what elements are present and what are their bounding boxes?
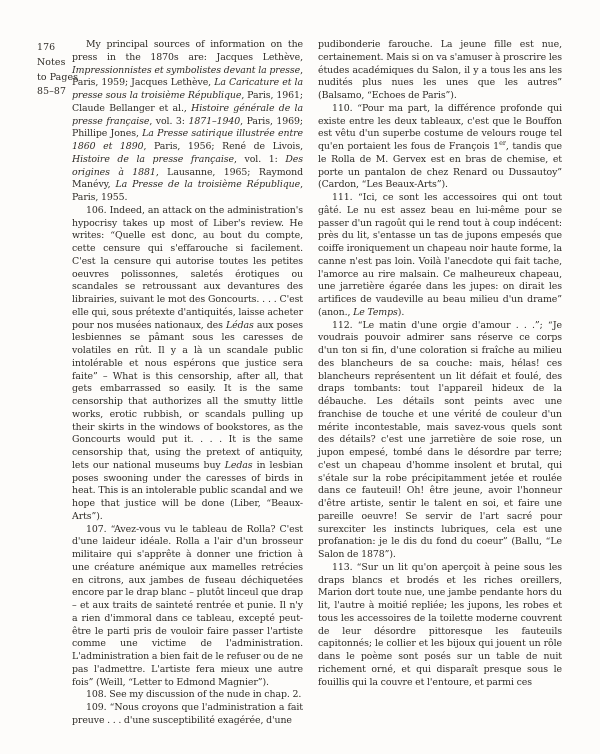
note-paragraph: My principal sources of information on t… (72, 39, 303, 205)
note-paragraph: 112. “Le matin d'une orgie d'amour . . .… (318, 320, 562, 562)
note-paragraph: 111. “Ici, ce sont les accessoires qui o… (318, 192, 562, 320)
note-paragraph: 106. Indeed, an attack on the administra… (72, 205, 303, 524)
note-paragraph: 109. “Nous croyons que l'administration … (72, 702, 303, 728)
note-paragraph: pudibonderie farouche. La jeune fille es… (318, 39, 562, 103)
note-paragraph: 107. “Avez-vous vu le tableau de Rolla? … (72, 524, 303, 690)
note-paragraph: 108. See my discussion of the nude in ch… (72, 689, 303, 702)
right-column: pudibonderie farouche. La jeune fille es… (318, 39, 562, 689)
note-paragraph: 110. “Pour ma part, la différence profon… (318, 103, 562, 192)
note-paragraph: 113. “Sur un lit qu'on aperçoit à peine … (318, 562, 562, 690)
book-page: 176 Notes to Pages 85–87 My principal so… (0, 0, 600, 754)
left-column: My principal sources of information on t… (72, 39, 303, 728)
notes-text-block: My principal sources of information on t… (72, 39, 562, 728)
